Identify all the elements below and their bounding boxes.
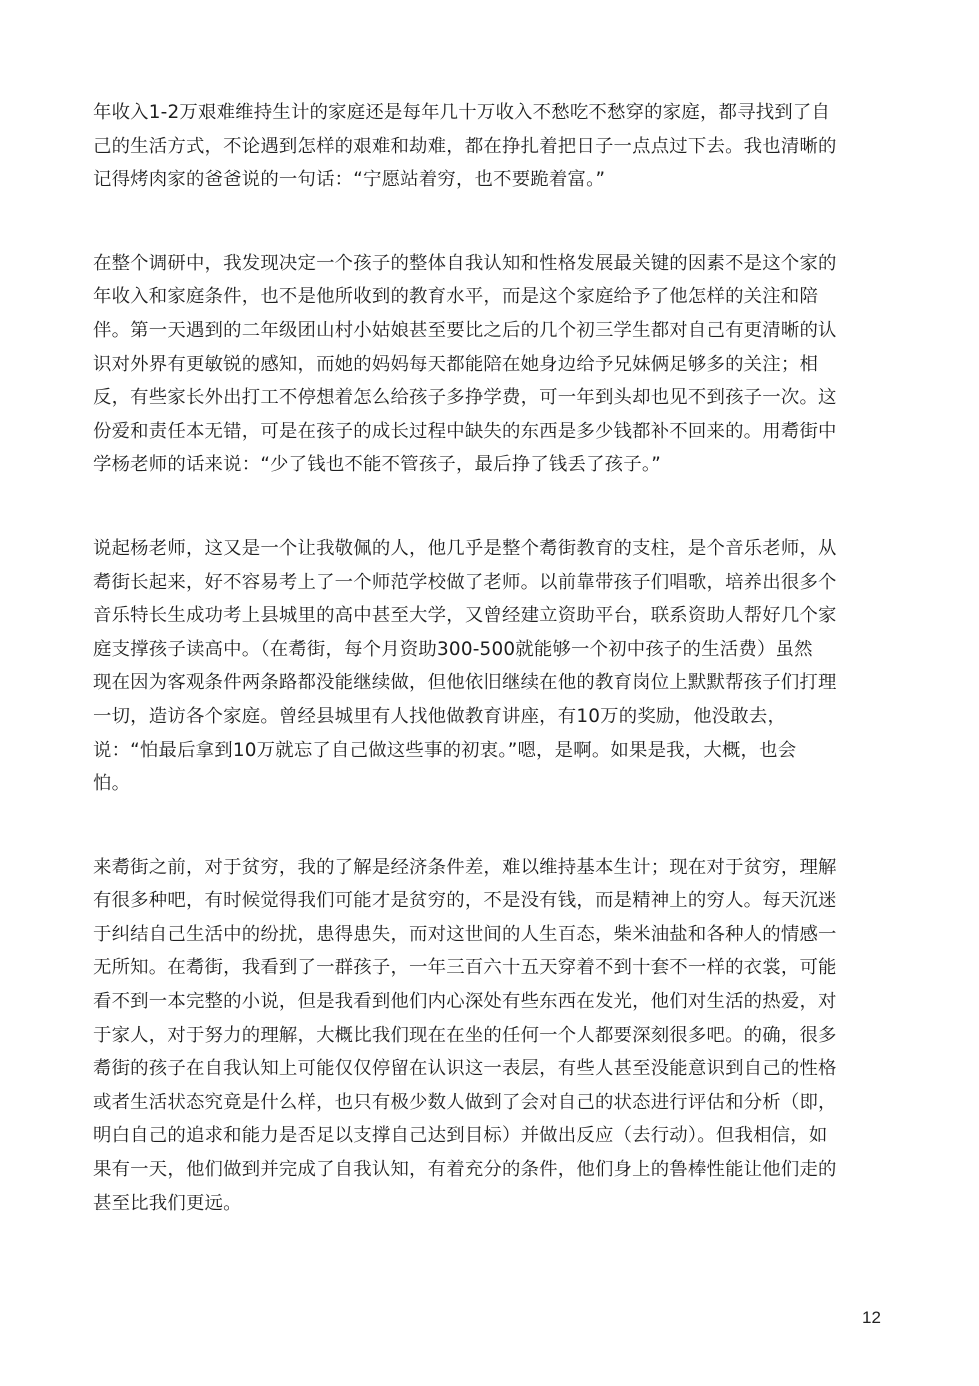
text-line: 明白自己的追求和能力是否足以支撑自己达到目标）并做出反应（去行动）。但我相信，如 <box>93 1119 883 1153</box>
text-line: 耈街长起来，好不容易考上了一个师范学校做了老师。以前靠带孩子们唱歌，培养出很多个 <box>93 566 883 600</box>
text-line: 一切，造访各个家庭。曾经县城里有人找他做教育讲座，有10万的奖励，他没敢去， <box>93 700 883 734</box>
document-page: 年收入1-2万艰难维持生计的家庭还是每年几十万收入不愁吃不愁穿的家庭，都寻找到了… <box>0 0 979 1386</box>
text-line: 说：“怕最后拿到10万就忘了自己做这些事的初衷。”嗯，是啊。如果是我，大概，也会 <box>93 734 883 768</box>
text-line: 耈街的孩子在自我认知上可能仅仅停留在认识这一表层，有些人甚至没能意识到自己的性格 <box>93 1052 883 1086</box>
text-line: 有很多种吧，有时候觉得我们可能才是贫穷的，不是没有钱，而是精神上的穷人。每天沉迷 <box>93 884 883 918</box>
text-line: 无所知。在耈街，我看到了一群孩子，一年三百六十五天穿着不到十套不一样的衣裳，可能 <box>93 951 883 985</box>
text-line: 伴。第一天遇到的二年级团山村小姑娘甚至要比之后的几个初三学生都对自己有更清晰的认 <box>93 314 883 348</box>
paragraph-teacher-yang: 说起杨老师，这又是一个让我敬佩的人，他几乎是整个耈街教育的支柱，是个音乐老师，从… <box>93 532 883 801</box>
text-line: 说起杨老师，这又是一个让我敬佩的人，他几乎是整个耈街教育的支柱，是个音乐老师，从 <box>93 532 883 566</box>
text-line: 或者生活状态究竟是什么样，也只有极少数人做到了会对自己的状态进行评估和分析（即， <box>93 1086 883 1120</box>
text-line: 音乐特长生成功考上县城里的高中甚至大学，又曾经建立资助平台，联系资助人帮好几个家 <box>93 599 883 633</box>
text-line: 在整个调研中，我发现决定一个孩子的整体自我认知和性格发展最关键的因素不是这个家的 <box>93 247 883 281</box>
text-line: 来耈街之前，对于贫穷，我的了解是经济条件差，难以维持基本生计；现在对于贫穷，理解 <box>93 851 883 885</box>
text-line: 怕。 <box>93 767 883 801</box>
page-number: 12 <box>862 1308 881 1328</box>
text-line: 庭支撑孩子读高中。（在耈街，每个月资助300-500就能够一个初中孩子的生活费）… <box>93 633 883 667</box>
text-line: 识对外界有更敏锐的感知，而她的妈妈每天都能陪在她身边给予兄妹俩足够多的关注；相 <box>93 348 883 382</box>
text-line: 反，有些家长外出打工不停想着怎么给孩子多挣学费，可一年到头却也见不到孩子一次。这 <box>93 381 883 415</box>
paragraph-poverty-reflection: 来耈街之前，对于贫穷，我的了解是经济条件差，难以维持基本生计；现在对于贫穷，理解… <box>93 851 883 1221</box>
text-line: 果有一天，他们做到并完成了自我认知，有着充分的条件，他们身上的鲁棒性能让他们走的 <box>93 1153 883 1187</box>
text-line: 年收入1-2万艰难维持生计的家庭还是每年几十万收入不愁吃不愁穿的家庭，都寻找到了… <box>93 96 883 130</box>
paragraph-research-findings: 在整个调研中，我发现决定一个孩子的整体自我认知和性格发展最关键的因素不是这个家的… <box>93 247 883 482</box>
text-line: 年收入和家庭条件，也不是他所收到的教育水平，而是这个家庭给予了他怎样的关注和陪 <box>93 280 883 314</box>
text-line: 份爱和责任本无错，可是在孩子的成长过程中缺失的东西是多少钱都补不回来的。用耈街中 <box>93 415 883 449</box>
text-line: 看不到一本完整的小说，但是我看到他们内心深处有些东西在发光，他们对生活的热爱，对 <box>93 985 883 1019</box>
text-line: 于纠结自己生活中的纷扰，患得患失，而对这世间的人生百态，柴米油盐和各种人的情感一 <box>93 918 883 952</box>
text-line: 于家人，对于努力的理解，大概比我们现在在坐的任何一个人都要深刻很多吧。的确，很多 <box>93 1019 883 1053</box>
text-line: 现在因为客观条件两条路都没能继续做，但他依旧继续在他的教育岗位上默默帮孩子们打理 <box>93 666 883 700</box>
paragraph-income-families: 年收入1-2万艰难维持生计的家庭还是每年几十万收入不愁吃不愁穿的家庭，都寻找到了… <box>93 96 883 197</box>
document-body: 年收入1-2万艰难维持生计的家庭还是每年几十万收入不愁吃不愁穿的家庭，都寻找到了… <box>93 96 883 1270</box>
text-line: 学杨老师的话来说：“少了钱也不能不管孩子，最后挣了钱丢了孩子。” <box>93 448 883 482</box>
text-line: 甚至比我们更远。 <box>93 1187 883 1221</box>
text-line: 己的生活方式，不论遇到怎样的艰难和劫难，都在挣扎着把日子一点点过下去。我也清晰的 <box>93 130 883 164</box>
text-line: 记得烤肉家的爸爸说的一句话：“宁愿站着穷，也不要跪着富。” <box>93 163 883 197</box>
